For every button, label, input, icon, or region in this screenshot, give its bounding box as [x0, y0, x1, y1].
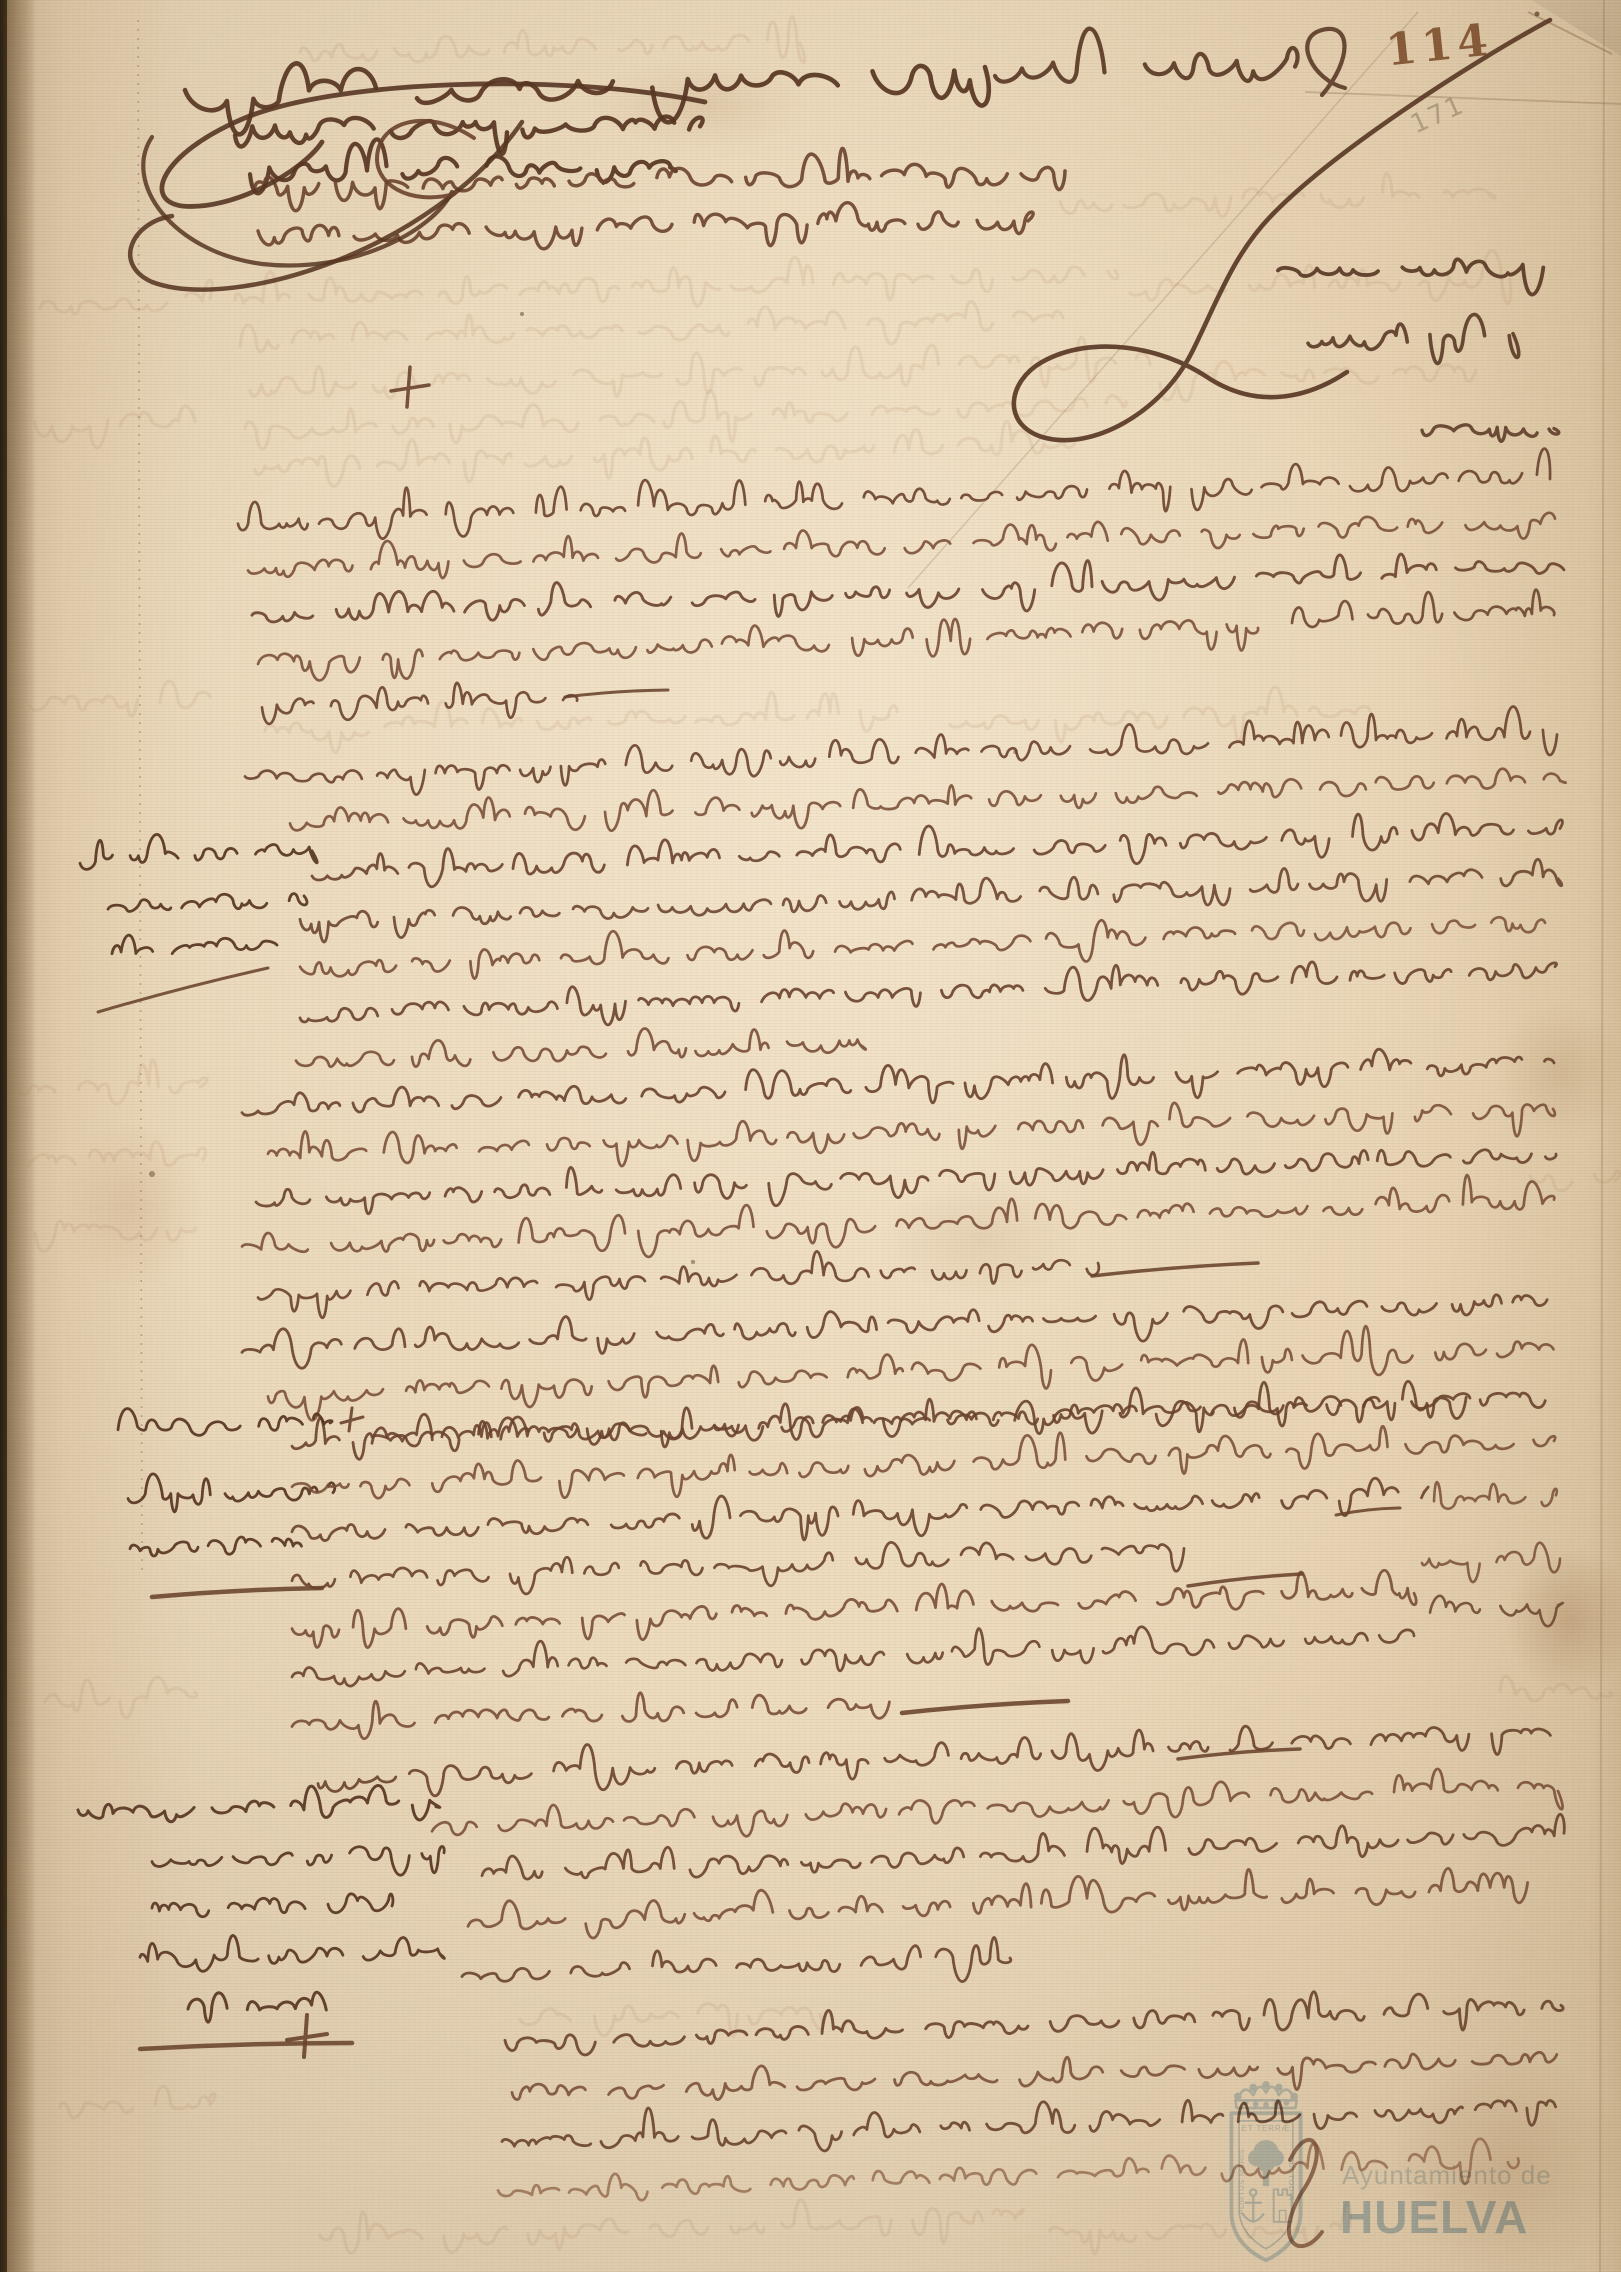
- ghost-text-line: [240, 302, 1063, 352]
- ghost-text-line: [235, 257, 1118, 306]
- underline-stroke: [1336, 1508, 1400, 1515]
- ink-speck: [691, 1260, 695, 1264]
- watermark-org-text: Ayuntamiento de: [1342, 2160, 1552, 2191]
- crease-line: [1528, 12, 1612, 54]
- underline-stroke: [140, 2043, 352, 2049]
- ghost-text-line: [1130, 251, 1511, 304]
- handwriting-line: [152, 1894, 393, 1917]
- handwriting-line: [468, 1868, 1528, 1938]
- handwriting-line: [372, 1381, 1545, 1444]
- watermark-org-name: HUELVA: [1340, 2190, 1528, 2244]
- underline-stroke: [1178, 1749, 1300, 1759]
- handwriting-line: [128, 1474, 335, 1512]
- handwriting-line: [995, 29, 1298, 82]
- handwriting-line: [80, 834, 317, 869]
- handwriting-line: [1308, 314, 1519, 363]
- ghost-text-line: [245, 391, 1127, 449]
- handwriting-line: [248, 513, 1555, 578]
- handwriting-line: [1422, 1543, 1560, 1582]
- handwriting-line: [292, 1693, 889, 1739]
- ghost-text-line: [255, 421, 1075, 486]
- shield-motto-top: ET TERRÆ: [1242, 2123, 1291, 2133]
- ghost-text-line: [300, 16, 805, 62]
- handwriting-line: [242, 1049, 1554, 1115]
- ink-speck: [1535, 12, 1540, 17]
- ghost-text-line: [45, 1677, 197, 1718]
- underline-stroke: [98, 968, 268, 1012]
- underline-stroke: [1092, 1263, 1258, 1276]
- handwriting-line: [258, 1251, 1099, 1317]
- ghost-text-line: [20, 1060, 207, 1104]
- crease-line: [138, 20, 142, 1570]
- ghost-text-line: [1160, 362, 1476, 402]
- ghost-text-line: [1500, 1676, 1612, 1700]
- underline-stroke: [1188, 1574, 1302, 1586]
- ghost-text-line: [30, 681, 210, 716]
- handwriting-line: [152, 1847, 444, 1876]
- handwriting-line: [140, 1935, 444, 1971]
- handwriting-line: [242, 1175, 1554, 1257]
- ink-speck: [1013, 750, 1017, 754]
- handwriting-line: [1434, 1482, 1557, 1509]
- handwriting-line: [462, 1937, 1011, 1981]
- underline-stroke: [152, 1588, 322, 1597]
- handwriting-line: [118, 1409, 332, 1436]
- cross-mark: [287, 2015, 327, 2057]
- handwriting-line: [292, 1478, 1428, 1540]
- handwriting-line: [112, 935, 277, 954]
- crease-line: [1600, 0, 1604, 2272]
- underline-stroke: [902, 1701, 1068, 1713]
- huelva-watermark: ET TERRÆ PORTUS MARIS CUSTODIA Ayuntamie…: [1198, 2072, 1621, 2272]
- flourish-stroke: [1307, 29, 1345, 95]
- ink-speck: [149, 1171, 155, 1177]
- shield-motto-left: PORTUS MARIS: [1237, 2149, 1246, 2215]
- ghost-text-line: [60, 2086, 215, 2118]
- handwriting-line: [78, 1785, 440, 1821]
- ghost-text-line: [320, 2200, 1024, 2253]
- ghost-text-line: [1530, 1171, 1619, 1191]
- handwriting-line: [432, 1769, 1563, 1836]
- ghost-text-line: [40, 280, 212, 314]
- handwriting-line: [300, 962, 1557, 1025]
- handwriting-line: [256, 1150, 1556, 1214]
- ghost-text-line: [35, 406, 195, 448]
- handwriting-line: [1422, 425, 1559, 441]
- underline-stroke: [565, 690, 668, 697]
- handwriting-line: [1430, 1596, 1563, 1626]
- ghost-text-line: [520, 2004, 822, 2037]
- cross-mark: [341, 1408, 363, 1431]
- flourish-stroke: [143, 137, 452, 265]
- handwriting-line: [292, 1542, 1184, 1594]
- handwriting-line: [292, 1627, 1414, 1686]
- handwriting-line: [268, 1103, 1555, 1166]
- handwriting-line: [262, 683, 577, 724]
- ghost-text-line: [950, 687, 1370, 742]
- manuscript-page: 114 171: [0, 0, 1621, 2272]
- ink-layer: [0, 0, 1621, 2272]
- handwriting-line: [296, 1028, 866, 1066]
- handwriting-line: [258, 619, 1258, 680]
- handwriting-line: [130, 1537, 302, 1556]
- handwriting-line: [1292, 590, 1554, 627]
- ghost-text-line: [35, 1221, 195, 1251]
- handwriting-line: [505, 1992, 1563, 2055]
- handwriting-line: [1252, 917, 1545, 940]
- handwriting-line: [245, 706, 1557, 794]
- ghost-text-line: [28, 1142, 206, 1166]
- handwriting-line: [268, 1326, 1554, 1420]
- handwriting-line: [300, 920, 1235, 978]
- handwriting-line: [108, 894, 307, 912]
- huelva-coat-of-arms-icon: ET TERRÆ PORTUS MARIS CUSTODIA: [1202, 2072, 1330, 2272]
- ink-speck: [520, 312, 524, 316]
- shield-motto-right: CUSTODIA: [1287, 2156, 1296, 2201]
- handwriting-line: [242, 1295, 1547, 1368]
- handwriting-line: [318, 1726, 1550, 1796]
- handwriting-line: [312, 813, 1562, 886]
- handwriting-line: [290, 769, 1566, 831]
